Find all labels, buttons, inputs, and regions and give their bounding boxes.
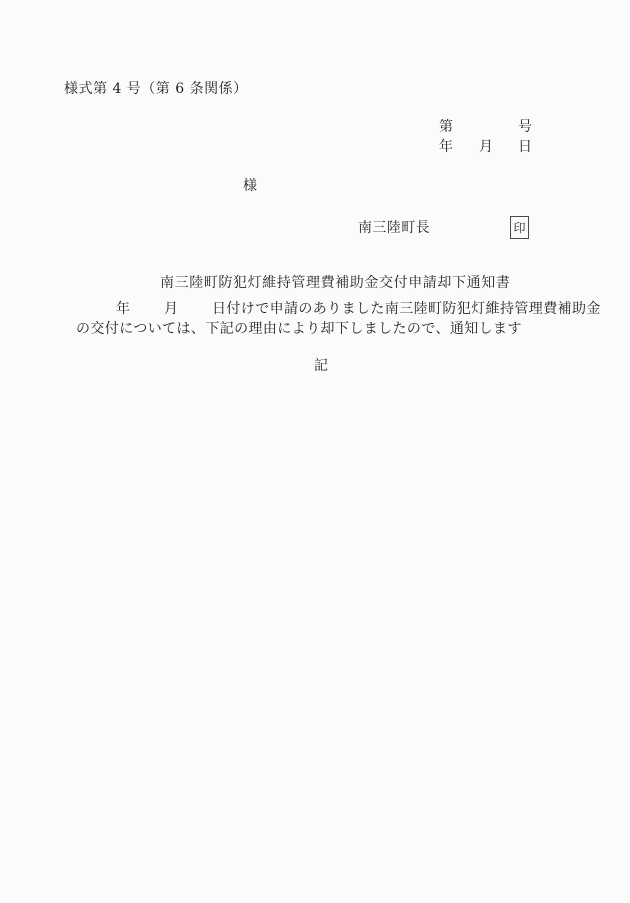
body-line1-year-label: 年 <box>116 302 130 316</box>
doc-number-suffix: 号 <box>518 120 532 134</box>
date-month-label: 月 <box>479 140 493 154</box>
body-line1-month-label: 月 <box>164 302 178 316</box>
seal-mark: 印 <box>513 222 525 234</box>
document-title: 南三陸町防犯灯維持管理費補助金交付申請却下通知書 <box>160 276 510 290</box>
doc-number-prefix: 第 <box>439 120 453 134</box>
addressee-honorific: 様 <box>243 179 257 193</box>
record-marker: 記 <box>314 359 328 373</box>
form-number-label: 様式第 4 号（第 6 条関係） <box>64 82 248 96</box>
sender-title: 南三陸町長 <box>358 221 430 235</box>
seal-placeholder-box: 印 <box>510 216 529 239</box>
date-year-label: 年 <box>439 140 453 154</box>
body-line2-text: の交付については、下記の理由により却下しましたので、通知します <box>76 322 522 336</box>
document-page: 様式第 4 号（第 6 条関係） 第 号 年 月 日 様 南三陸町長 印 南三陸… <box>0 0 630 903</box>
body-line1-text: 日付けで申請のありました南三陸町防犯灯維持管理費補助金 <box>212 302 601 316</box>
date-day-label: 日 <box>518 140 532 154</box>
